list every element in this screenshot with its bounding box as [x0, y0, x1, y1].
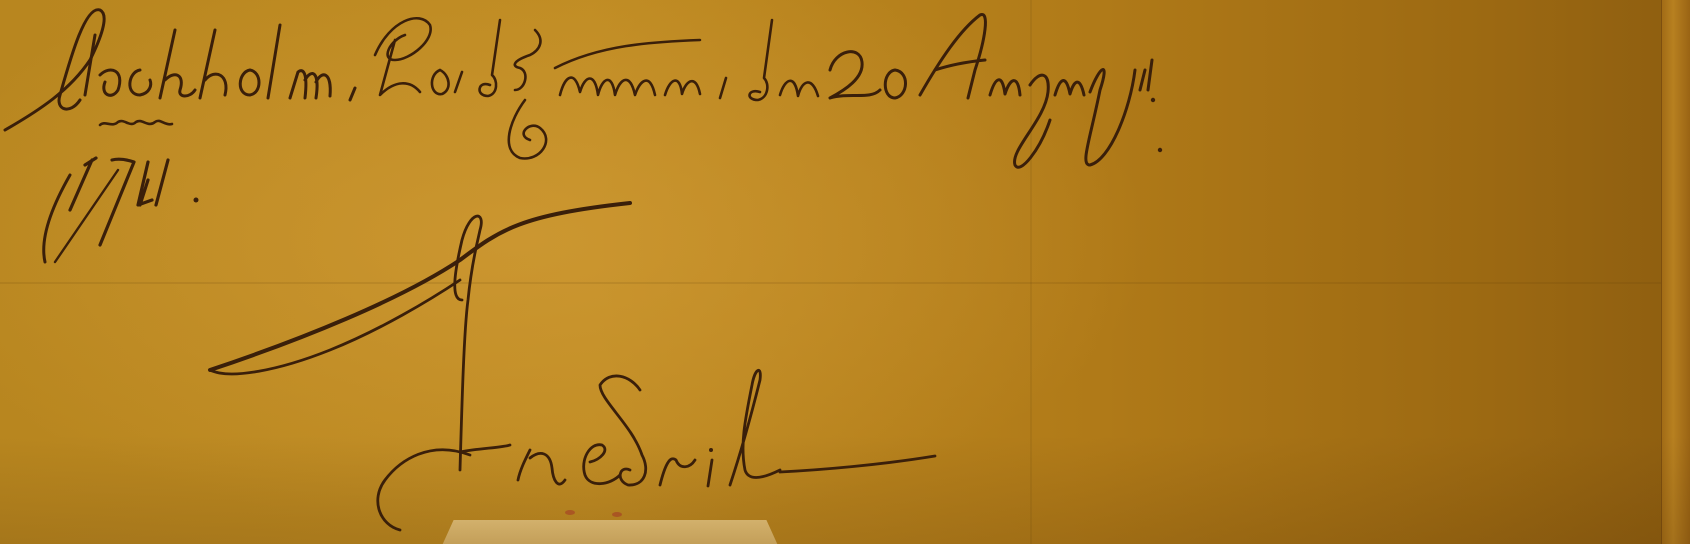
- year-1741: [70, 158, 168, 245]
- word-den: [720, 20, 818, 100]
- flourish-mark: [100, 121, 172, 125]
- word-i: [350, 88, 355, 100]
- document-photo: Stockholm i Rådskammaren den 20 Augusti …: [0, 0, 1690, 544]
- word-stockholm: [5, 10, 330, 262]
- word-augusti: [920, 14, 1152, 167]
- wax-spot: [565, 510, 575, 515]
- word-radskammaren: [375, 18, 700, 158]
- handwriting-ink: [0, 0, 1690, 544]
- wax-spot: [612, 512, 622, 517]
- date-20: [830, 52, 906, 98]
- signature-fredrik: [210, 203, 935, 530]
- paper-tab: [440, 520, 780, 544]
